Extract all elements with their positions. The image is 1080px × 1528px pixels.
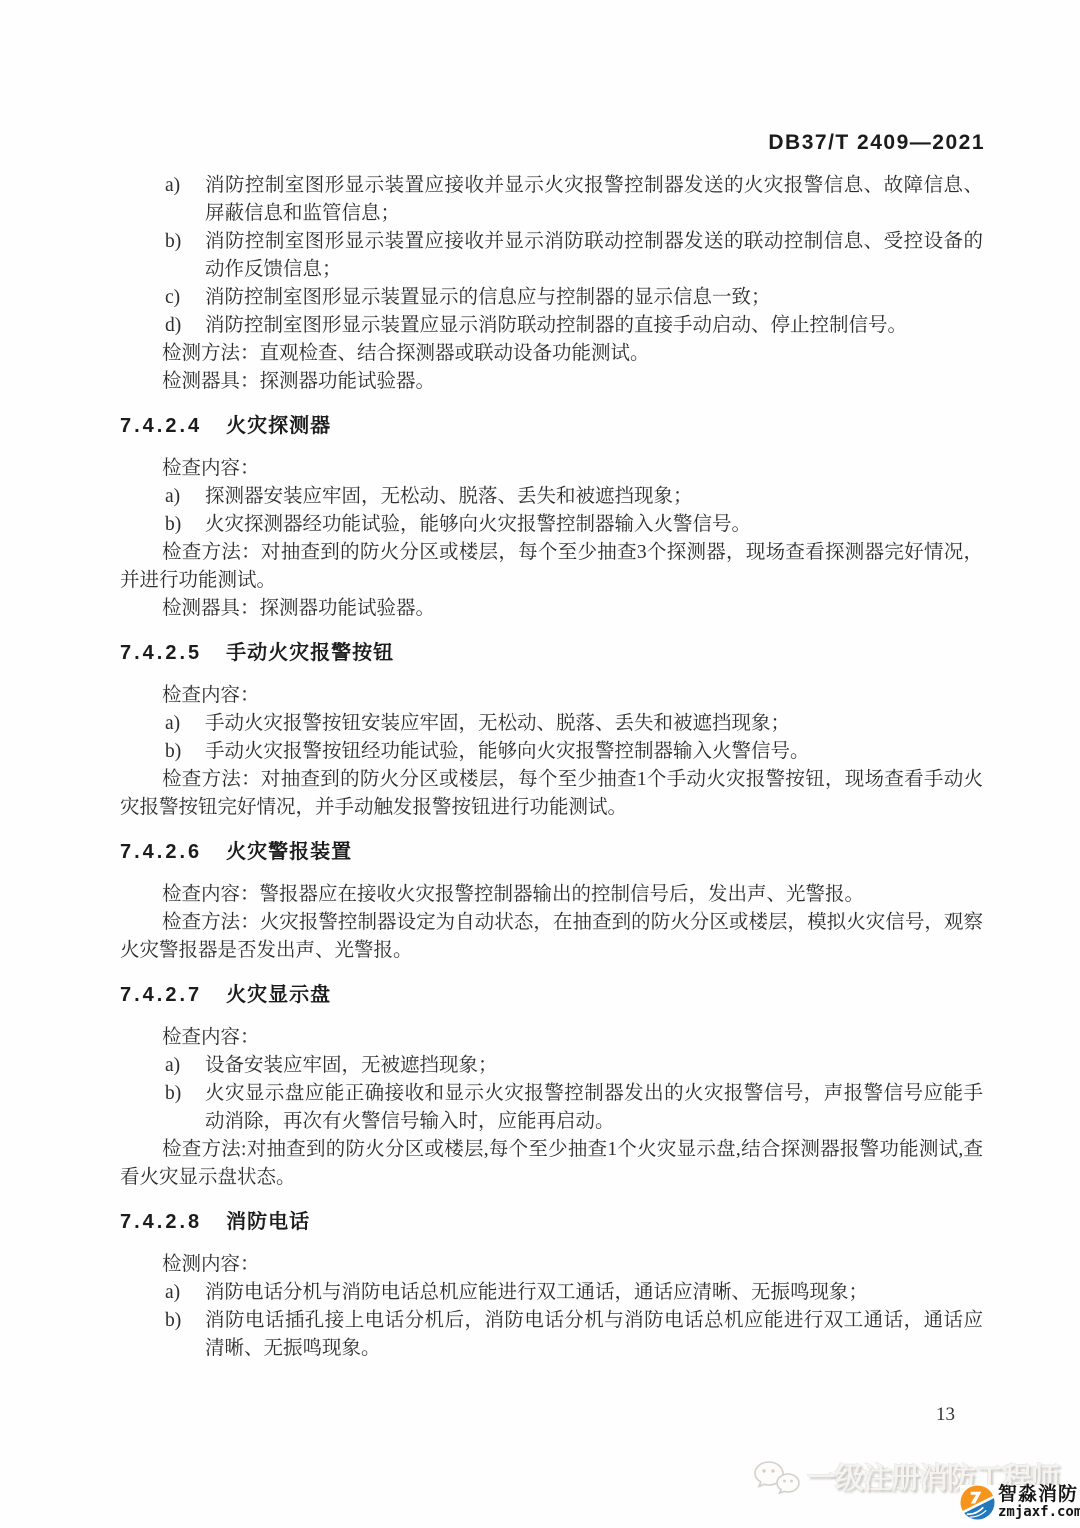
paragraph: 检查内容： <box>120 455 983 483</box>
page-number: 13 <box>936 1404 955 1426</box>
list-marker: b) <box>165 228 181 256</box>
section-number: 7.4.2.8 <box>120 1211 202 1233</box>
paragraph: 检测器具：探测器功能试验器。 <box>120 595 983 623</box>
paragraph: 检查方法：对抽查到的防火分区或楼层，每个至少抽查1个手动火灾报警按钮，现场查看手… <box>120 766 983 822</box>
list-item-text: 消防电话分机与消防电话总机应能进行双工通话，通话应清晰、无振鸣现象； <box>205 1282 868 1303</box>
list-item: b)消防电话插孔接上电话分机后，消防电话分机与消防电话总机应能进行双工通话，通话… <box>120 1307 983 1363</box>
paragraph: 检查内容： <box>120 682 983 710</box>
section-number: 7.4.2.7 <box>120 984 202 1006</box>
paragraph: 检查方法:对抽查到的防火分区或楼层,每个至少抽查1个火灾显示盘,结合探测器报警功… <box>120 1136 983 1192</box>
section-title: 消防电话 <box>226 1211 310 1233</box>
section-number: 7.4.2.4 <box>120 415 202 437</box>
list-item: c)消防控制室图形显示装置显示的信息应与控制器的显示信息一致； <box>120 284 983 312</box>
list-marker: a) <box>165 1052 180 1080</box>
list-marker: b) <box>165 511 181 539</box>
paragraph: 检查方法：火灾报警控制器设定为自动状态，在抽查到的防火分区或楼层，模拟火灾信号，… <box>120 909 983 965</box>
section-heading: 7.4.2.7火灾显示盘 <box>120 981 983 1009</box>
document-content: a)消防控制室图形显示装置应接收并显示火灾报警控制器发送的火灾报警信息、故障信息… <box>120 172 983 1363</box>
section-heading: 7.4.2.8消防电话 <box>120 1208 983 1236</box>
paragraph: 检查方法：对抽查到的防火分区或楼层，每个至少抽查3个探测器，现场查看探测器完好情… <box>120 539 983 595</box>
list-item-text: 火灾显示盘应能正确接收和显示火灾报警控制器发出的火灾报警信号，声报警信号应能手动… <box>205 1083 983 1132</box>
zmjaxf-logo-icon <box>960 1485 995 1525</box>
wechat-icon <box>753 1460 801 1501</box>
list-item: d)消防控制室图形显示装置应显示消防联动控制器的直接手动启动、停止控制信号。 <box>120 312 983 340</box>
list-item-text: 消防控制室图形显示装置应显示消防联动控制器的直接手动启动、停止控制信号。 <box>205 315 907 336</box>
list-marker: b) <box>165 1080 181 1108</box>
paragraph: 检查内容： <box>120 1024 983 1052</box>
list-item-text: 消防电话插孔接上电话分机后，消防电话分机与消防电话总机应能进行双工通话，通话应清… <box>205 1310 983 1359</box>
list-item-text: 探测器安装应牢固，无松动、脱落、丢失和被遮挡现象； <box>205 486 693 507</box>
section-title: 火灾显示盘 <box>226 984 331 1006</box>
paragraph: 检测内容： <box>120 1251 983 1279</box>
brand-text: 智淼消防 zmjaxf.com <box>998 1485 1080 1519</box>
list-marker: c) <box>165 284 180 312</box>
section-number: 7.4.2.5 <box>120 642 202 664</box>
list-item: a)设备安装应牢固，无被遮挡现象； <box>120 1052 983 1080</box>
section-heading: 7.4.2.5手动火灾报警按钮 <box>120 639 983 667</box>
list-marker: a) <box>165 1279 180 1307</box>
list-marker: b) <box>165 738 181 766</box>
list-item: a)手动火灾报警按钮安装应牢固，无松动、脱落、丢失和被遮挡现象； <box>120 710 983 738</box>
list-marker: a) <box>165 172 180 200</box>
section-title: 火灾警报装置 <box>226 841 352 863</box>
list-marker: b) <box>165 1307 181 1335</box>
document-page: DB37/T 2409—2021 a)消防控制室图形显示装置应接收并显示火灾报警… <box>0 0 1080 1528</box>
list-item-text: 消防控制室图形显示装置应接收并显示火灾报警控制器发送的火灾报警信息、故障信息、屏… <box>205 175 983 224</box>
list-item-text: 手动火灾报警按钮安装应牢固，无松动、脱落、丢失和被遮挡现象； <box>205 713 790 734</box>
list-item: a)消防控制室图形显示装置应接收并显示火灾报警控制器发送的火灾报警信息、故障信息… <box>120 172 983 228</box>
section-heading: 7.4.2.4火灾探测器 <box>120 412 983 440</box>
brand-logo: 智淼消防 zmjaxf.com <box>960 1485 1080 1525</box>
list-item-text: 火灾探测器经功能试验，能够向火灾报警控制器输入火警信号。 <box>205 514 751 535</box>
list-item: b)手动火灾报警按钮经功能试验，能够向火灾报警控制器输入火警信号。 <box>120 738 983 766</box>
list-item-text: 手动火灾报警按钮经功能试验，能够向火灾报警控制器输入火警信号。 <box>205 741 810 762</box>
list-marker: d) <box>165 312 181 340</box>
standard-code-header: DB37/T 2409—2021 <box>768 131 985 155</box>
list-marker: a) <box>165 483 180 511</box>
list-marker: a) <box>165 710 180 738</box>
list-item: a)消防电话分机与消防电话总机应能进行双工通话，通话应清晰、无振鸣现象； <box>120 1279 983 1307</box>
section-title: 手动火灾报警按钮 <box>226 642 394 664</box>
list-item: b)消防控制室图形显示装置应接收并显示消防联动控制器发送的联动控制信息、受控设备… <box>120 228 983 284</box>
brand-name: 智淼消防 <box>998 1485 1080 1504</box>
list-item-text: 设备安装应牢固，无被遮挡现象； <box>205 1055 498 1076</box>
list-item: b)火灾探测器经功能试验，能够向火灾报警控制器输入火警信号。 <box>120 511 983 539</box>
list-item-text: 消防控制室图形显示装置显示的信息应与控制器的显示信息一致； <box>205 287 771 308</box>
brand-site: zmjaxf.com <box>998 1505 1080 1519</box>
section-number: 7.4.2.6 <box>120 841 202 863</box>
paragraph: 检查内容：警报器应在接收火灾报警控制器输出的控制信号后，发出声、光警报。 <box>120 881 983 909</box>
list-item-text: 消防控制室图形显示装置应接收并显示消防联动控制器发送的联动控制信息、受控设备的动… <box>205 231 983 280</box>
paragraph: 检测方法：直观检查、结合探测器或联动设备功能测试。 <box>120 340 983 368</box>
paragraph: 检测器具：探测器功能试验器。 <box>120 368 983 396</box>
section-title: 火灾探测器 <box>226 415 331 437</box>
list-item: a)探测器安装应牢固，无松动、脱落、丢失和被遮挡现象； <box>120 483 983 511</box>
section-heading: 7.4.2.6火灾警报装置 <box>120 838 983 866</box>
list-item: b)火灾显示盘应能正确接收和显示火灾报警控制器发出的火灾报警信号，声报警信号应能… <box>120 1080 983 1136</box>
